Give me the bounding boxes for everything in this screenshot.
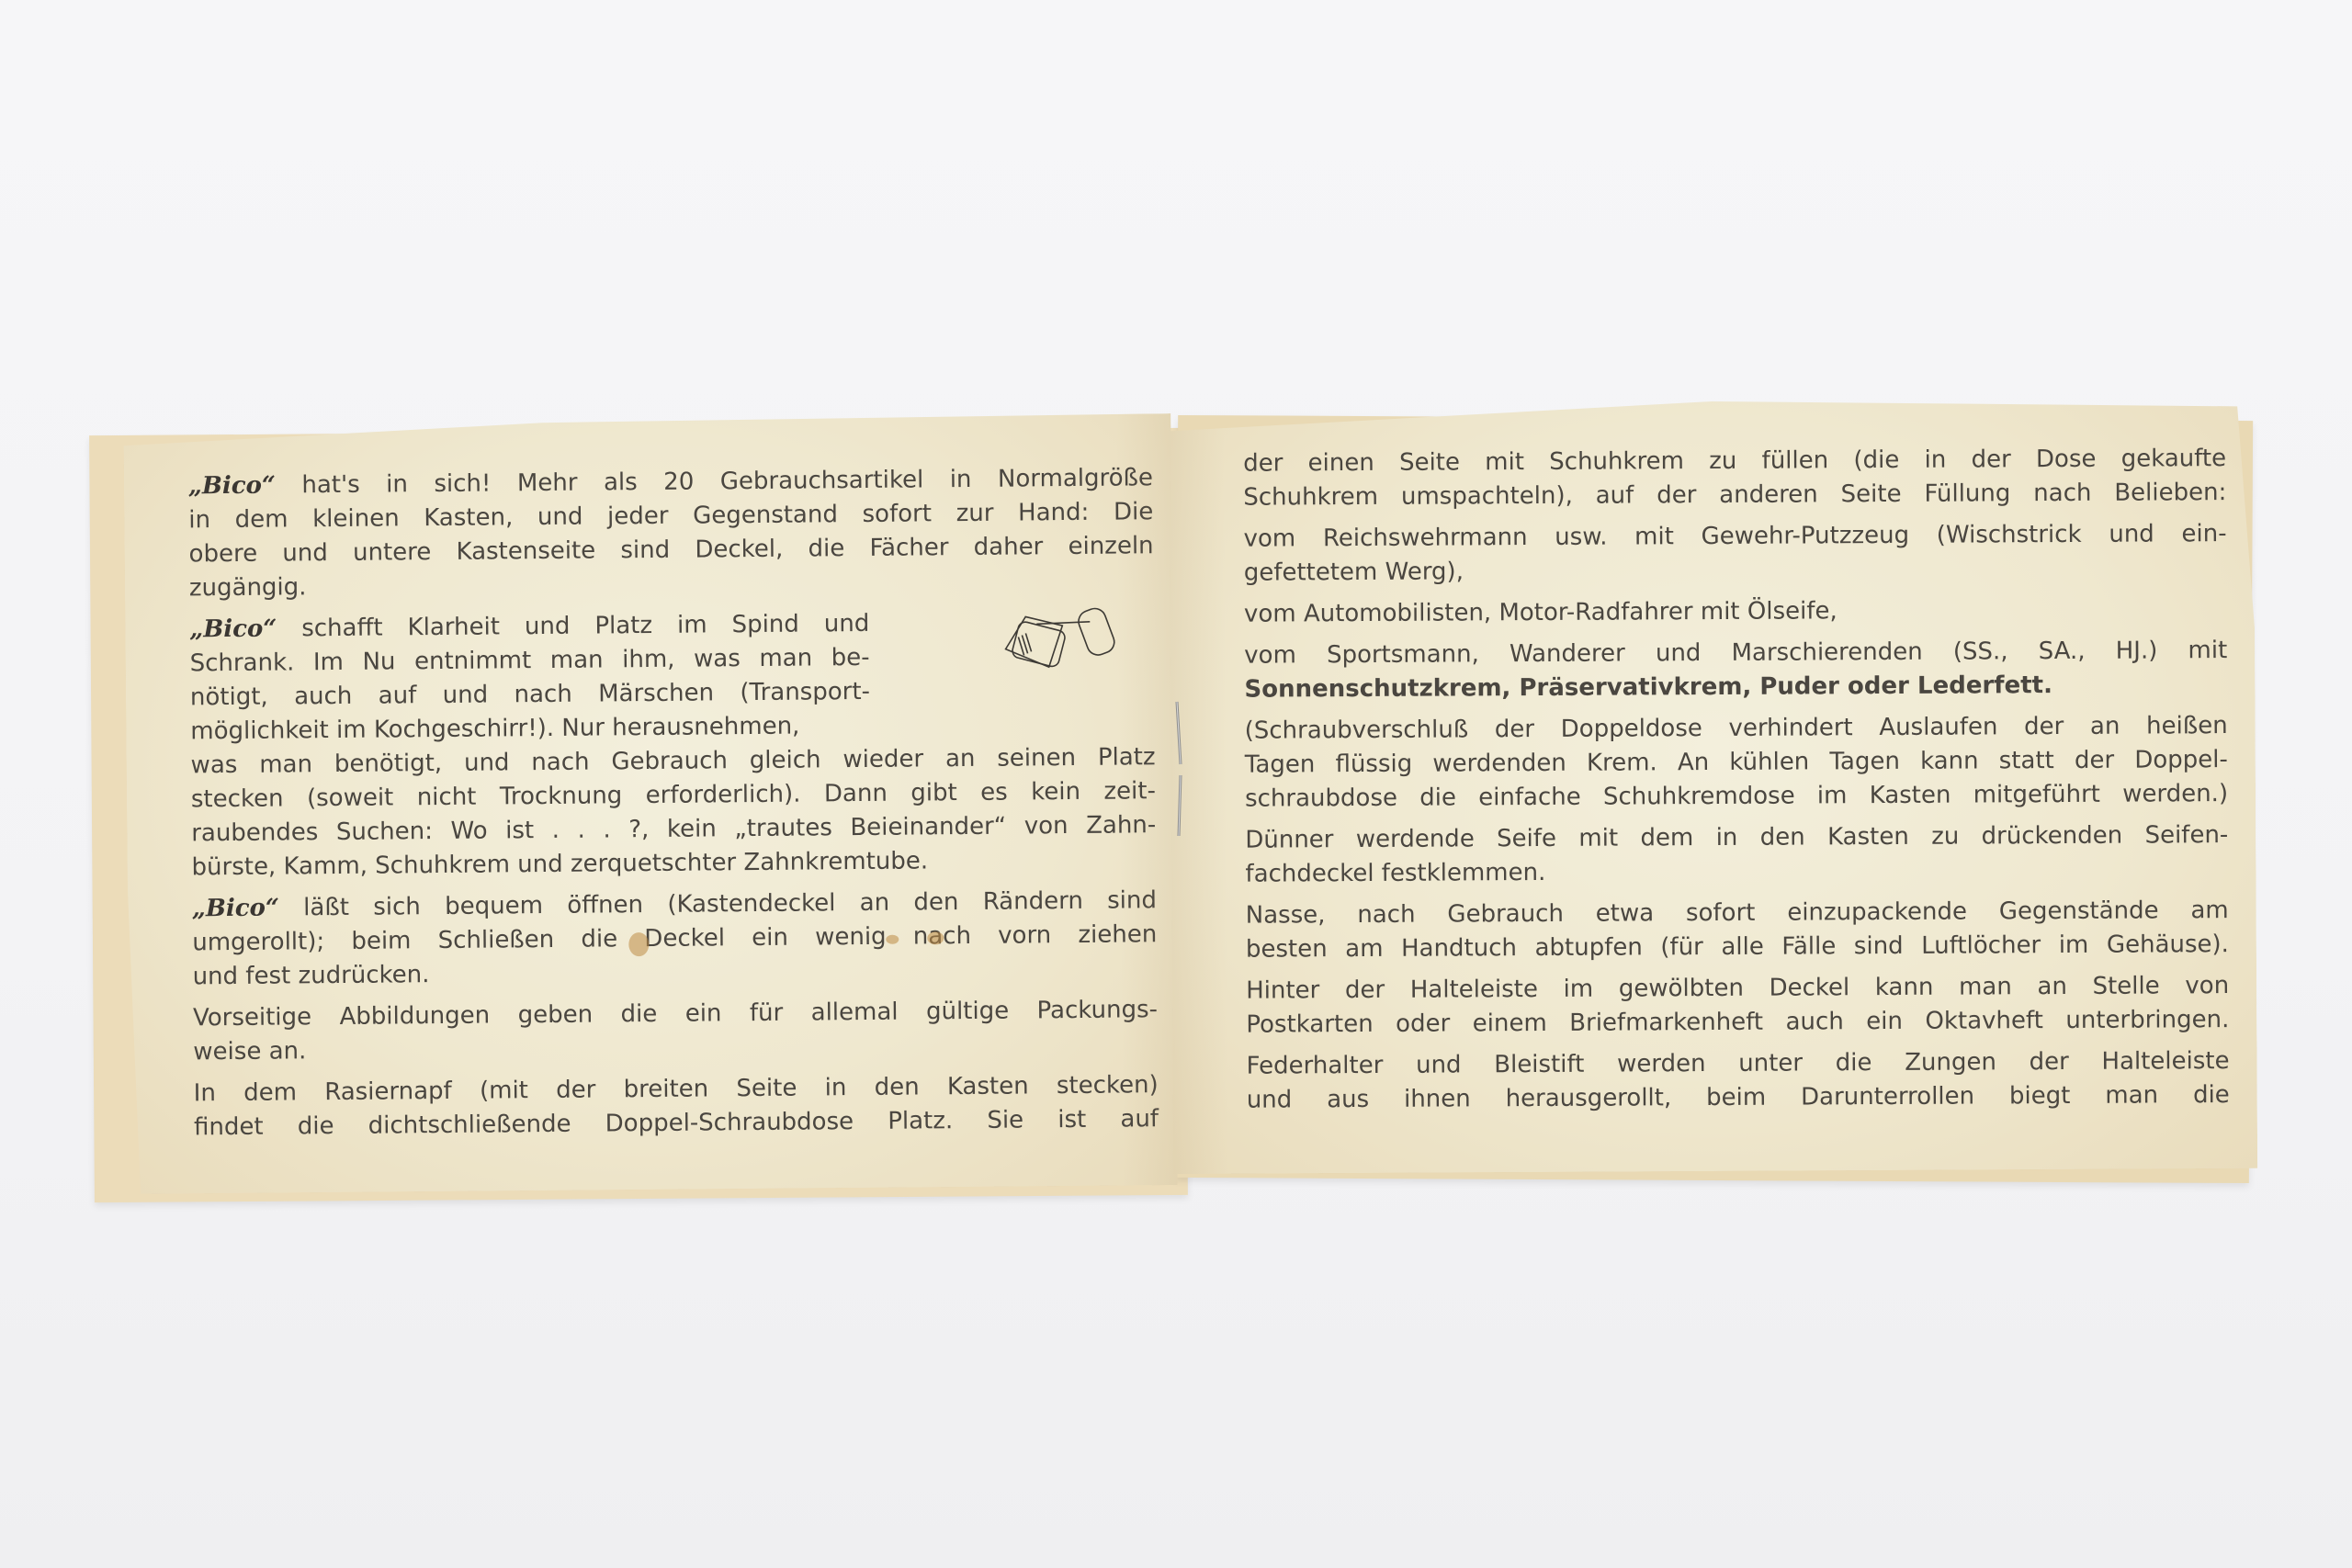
paragraph-pens: Federhalter und Bleistift werden unter d… [1246, 1044, 2229, 1118]
paragraph-intro: „Bico“ hat's in sich! Mehr als 20 Gebrau… [188, 461, 1154, 605]
paragraph-shoe-cream: der einen Seite mit Schuhkrem zu füllen … [1243, 442, 2226, 515]
brand-name: „Bico“ [188, 472, 276, 501]
paragraph-shaving-bowl: In dem Rasiernapf (mit der breiten Seite… [194, 1068, 1159, 1145]
right-page: der einen Seite mit Schuhkrem zu füllen … [1170, 399, 2257, 1174]
staple [1172, 700, 1185, 838]
paragraph-illustrations: Vorseitige Abbildungen geben die ein für… [193, 993, 1159, 1069]
paragraph-rifle-cleaning: vom Reichswehrmann usw. mit Gewehr-Putzz… [1243, 517, 2226, 591]
open-booklet: „Bico“ hat's in sich! Mehr als 20 Gebrau… [0, 0, 2352, 1568]
paragraph-wet-items: Nasse, nach Gebrauch etwa sofort einzupa… [1246, 894, 2229, 967]
stain [628, 932, 649, 956]
kit-box-illustration [998, 598, 1118, 691]
paragraph-motorists: vom Automobilisten, Motor-Radfahrer mit … [1244, 592, 2227, 632]
stain [927, 931, 944, 944]
stain [886, 935, 899, 944]
paragraph-screw-cap: (Schraubverschluß der Doppeldose verhind… [1245, 709, 2229, 817]
left-page: „Bico“ hat's in sich! Mehr als 20 Gebrau… [123, 413, 1177, 1194]
paragraph-opening: „Bico“ läßt sich bequem öffnen (Kastende… [192, 884, 1158, 994]
paragraph-holding-strip: Hinter der Halteleiste im gewölbten Deck… [1246, 969, 2229, 1043]
paragraph-sportsmen: vom Sportsmann, Wanderer und Marschieren… [1244, 634, 2227, 707]
paragraph-soap: Dünner werdende Seife mit dem in den Kas… [1245, 818, 2228, 892]
paragraph-order: „Bico“ schafft Klarheit und Platz im Spi… [189, 604, 1157, 885]
